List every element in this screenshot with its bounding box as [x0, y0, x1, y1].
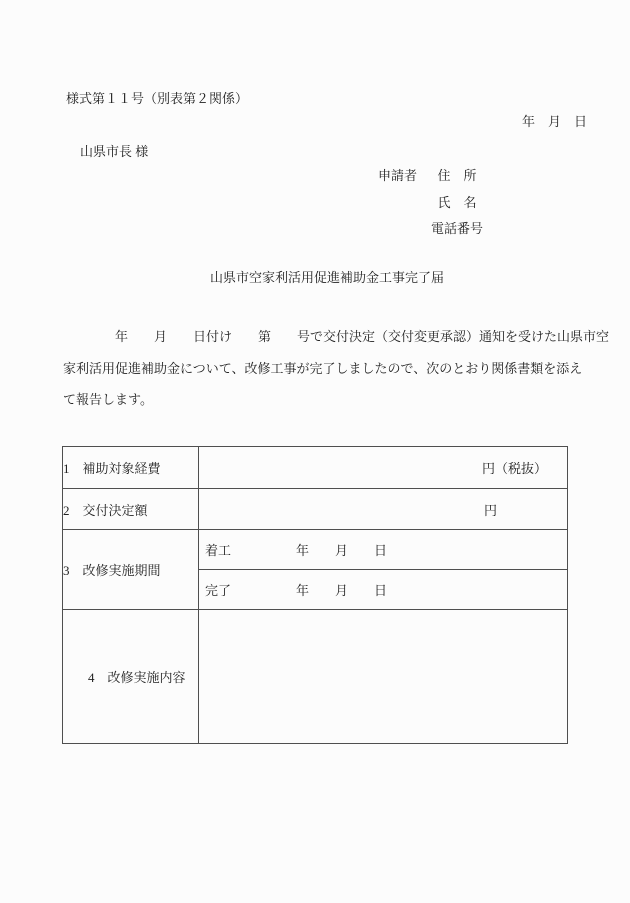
- applicant-field-address: 住 所: [430, 163, 484, 190]
- applicant-field-name: 氏 名: [430, 190, 484, 217]
- table-value-completion-date: 完了 年 月 日: [199, 570, 568, 610]
- table-label-renovation-period: 3 改修実施期間: [63, 530, 199, 610]
- document-page: 様式第１１号（別表第２関係） 年 月 日 山県市長 様 申請者 住 所 氏 名 …: [0, 0, 630, 903]
- form-number: 様式第１１号（別表第２関係）: [66, 88, 248, 107]
- table-value-renovation-details: [199, 610, 568, 744]
- table-row-renovation-period-start: 3 改修実施期間 着工 年 月 日: [63, 530, 568, 570]
- body-paragraph: 年 月 日付け 第 号で交付決定（交付変更承認）通知を受けた山県市空 家利活用促…: [63, 321, 609, 416]
- table-value-subsidy-expense: 円（税抜）: [199, 447, 568, 489]
- table-label-subsidy-expense: 1 補助対象経費: [63, 447, 199, 489]
- document-title: 山県市空家利活用促進補助金工事完了届: [12, 267, 630, 286]
- date-line: 年 月 日: [522, 111, 587, 130]
- table-label-grant-amount: 2 交付決定額: [63, 489, 199, 530]
- report-table: 1 補助対象経費 円（税抜） 2 交付決定額 円 3 改修実施期間 着工 年 月…: [62, 446, 568, 744]
- body-line-3: て報告します。: [63, 384, 609, 416]
- table-label-renovation-details: 4 改修実施内容: [63, 610, 199, 744]
- addressee: 山県市長 様: [80, 141, 148, 160]
- body-line-1: 年 月 日付け 第 号で交付決定（交付変更承認）通知を受けた山県市空: [63, 321, 609, 353]
- applicant-field-phone: 電話番号: [430, 216, 484, 243]
- table-row-grant-amount: 2 交付決定額 円: [63, 489, 568, 530]
- table-row-subsidy-expense: 1 補助対象経費 円（税抜）: [63, 447, 568, 489]
- applicant-block: 申請者 住 所 氏 名 電話番号: [378, 163, 484, 243]
- body-line-2: 家利活用促進補助金について、改修工事が完了しましたので、次のとおり関係書類を添え: [63, 353, 609, 385]
- applicant-label: 申請者: [378, 163, 417, 190]
- applicant-fields: 住 所 氏 名 電話番号: [430, 163, 484, 243]
- table-row-renovation-details: 4 改修実施内容: [63, 610, 568, 744]
- table-value-start-date: 着工 年 月 日: [199, 530, 568, 570]
- table-value-grant-amount: 円: [199, 489, 568, 530]
